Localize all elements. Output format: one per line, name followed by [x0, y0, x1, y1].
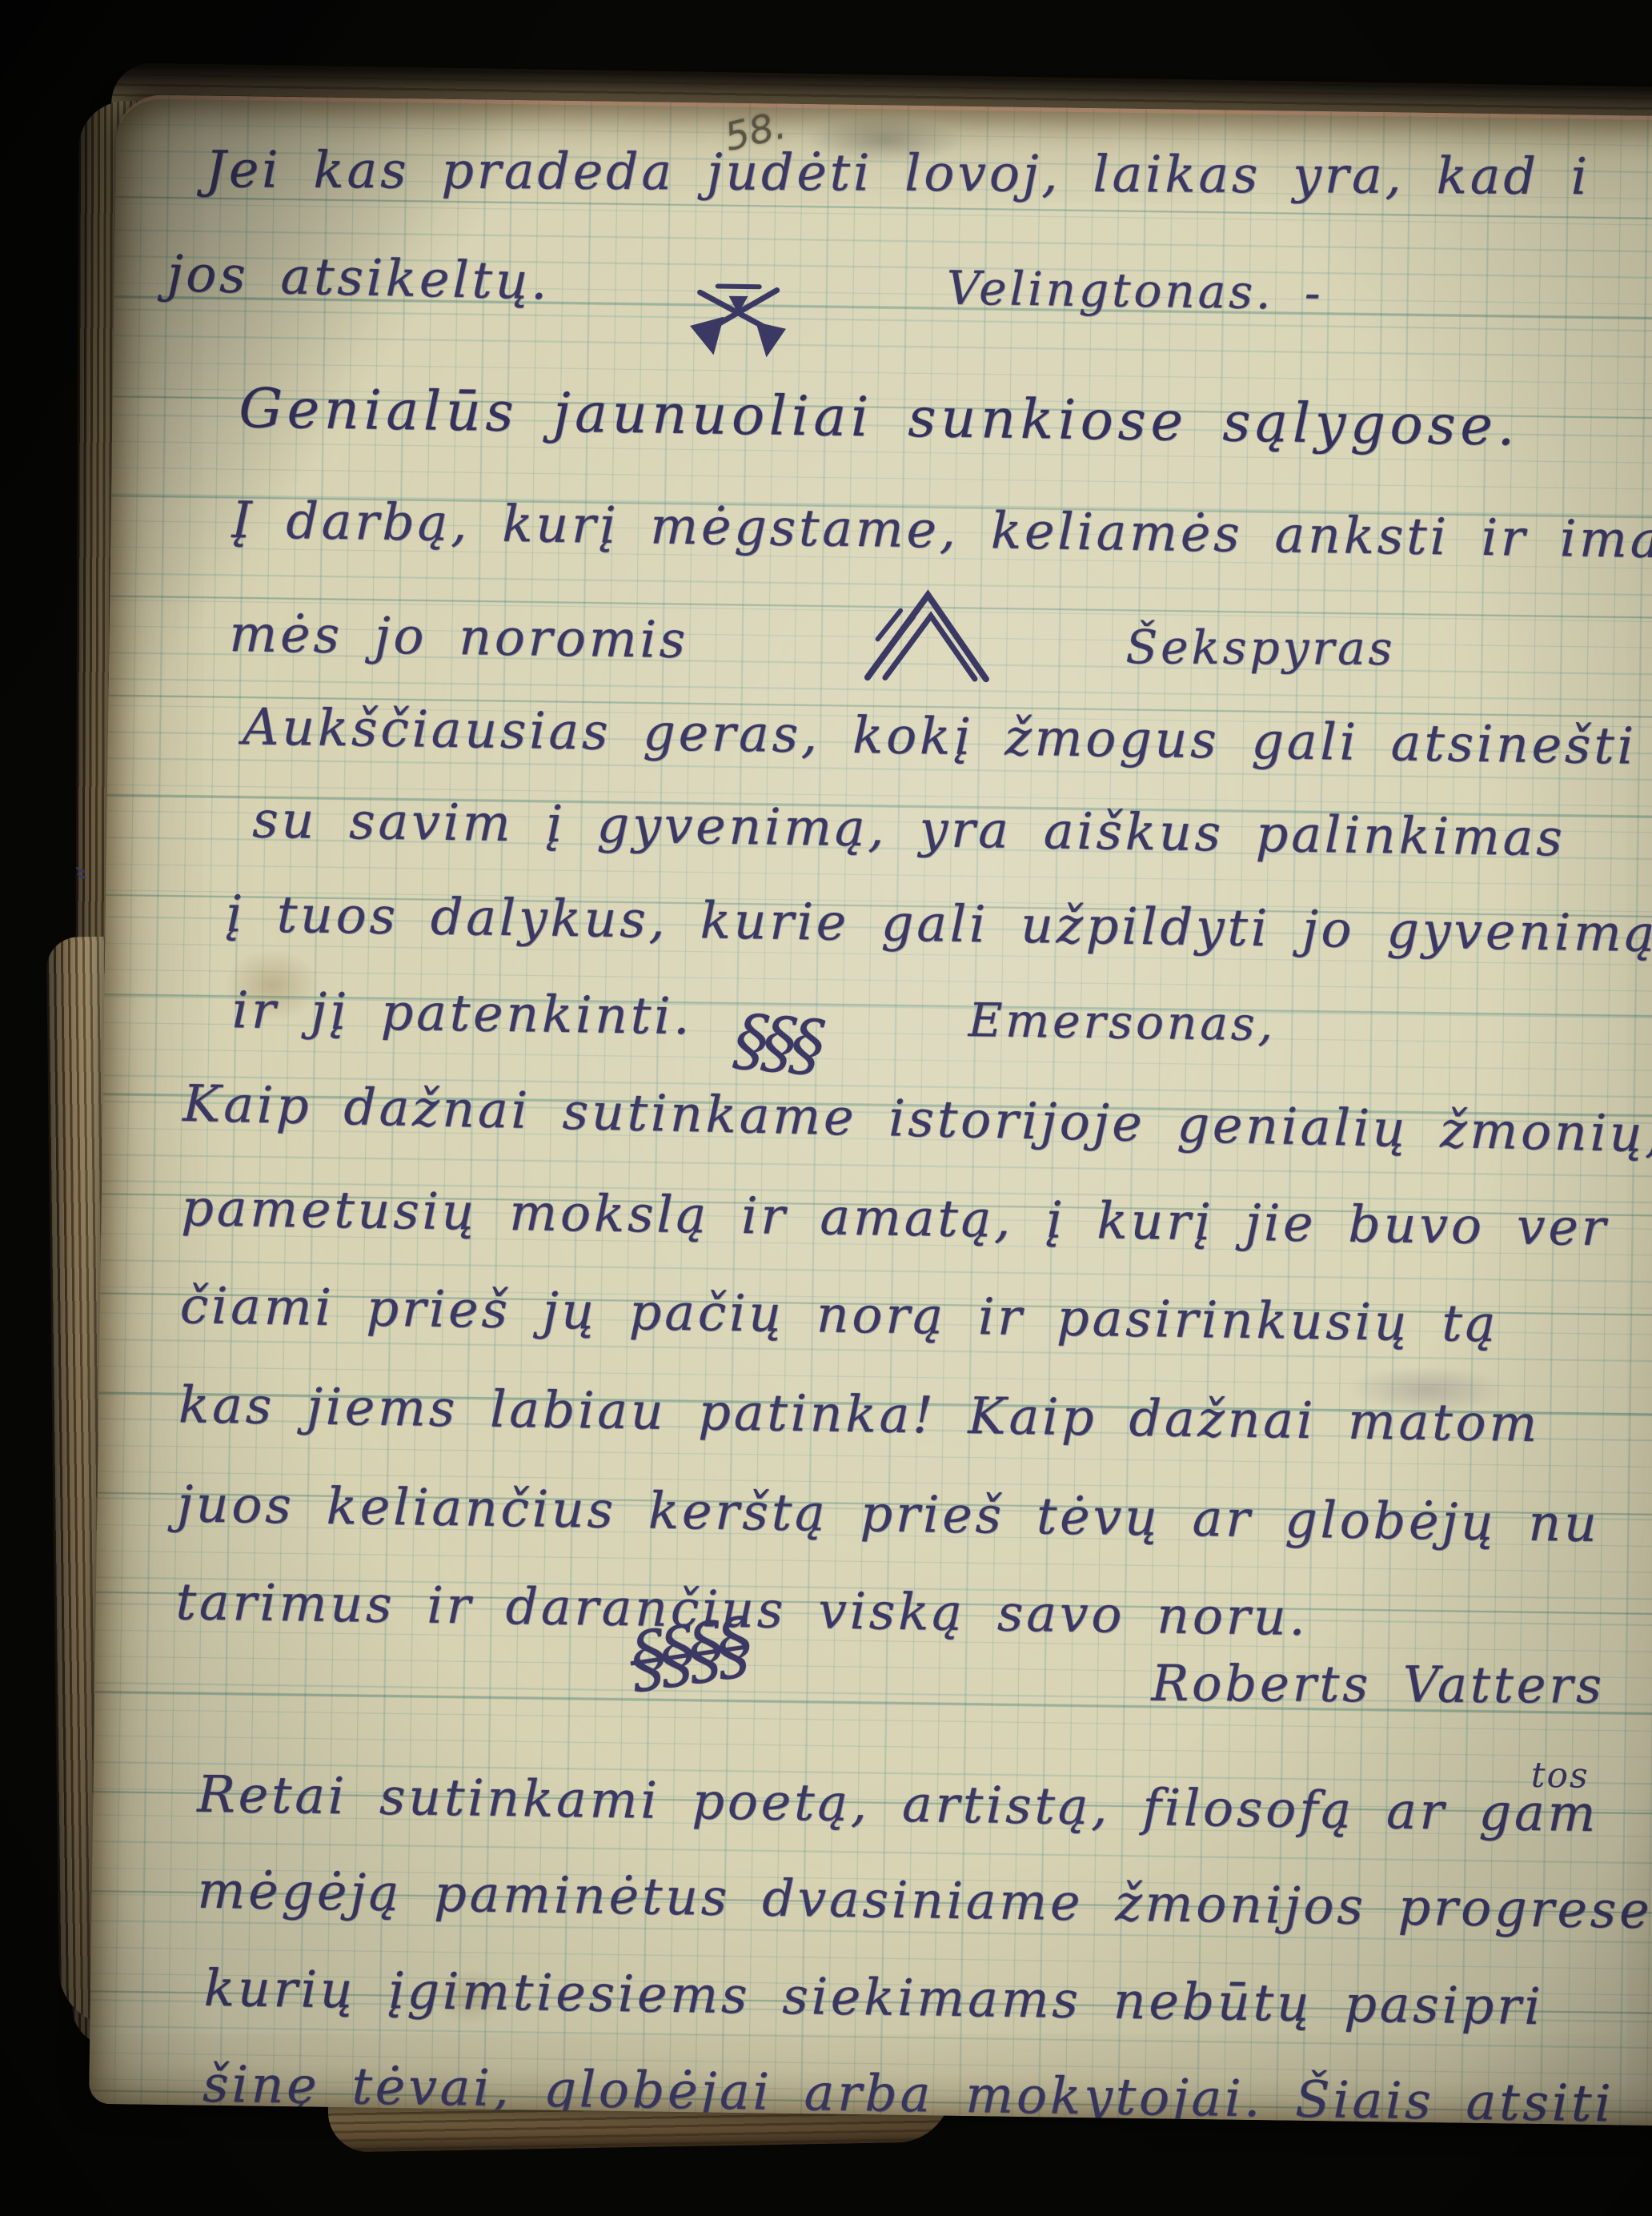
scanned-notebook-photo: { "meta": { "document_type": "handwritte…	[0, 0, 1652, 2216]
handwritten-line-19: šinę tėvai, globėjai arba mokytojai. Šia…	[202, 2058, 1614, 2126]
handwritten-line-10: Kaip dažnai sutinkame istorijoje geniali…	[182, 1078, 1652, 1162]
attribution-emerson: Emersonas,	[968, 996, 1277, 1049]
handwritten-line-8: į tuos dalykus, kurie gali užpildyti jo …	[225, 888, 1652, 961]
handwritten-line-1: Jei kas pradeda judėti lovoj, laikas yra…	[206, 143, 1591, 203]
handwritten-line-14: juos keliančius kerštą prieš tėvų ar glo…	[177, 1478, 1600, 1551]
handwritten-line-9: ir jį patenkinti.	[232, 984, 693, 1043]
notebook-page: 58. Jei kas pradeda judėti lovoj, laikas…	[89, 94, 1652, 2126]
handwritten-line-16: Retai sutinkami poetą, artistą, filosofą…	[197, 1768, 1599, 1841]
triple-s-flourish: §§§	[732, 999, 822, 1086]
attribution-wellington: Velingtonas. -	[946, 264, 1324, 318]
handwritten-line-12: čiami prieš jų pačių norą ir pasirinkusi…	[179, 1279, 1498, 1351]
attribution-walters: Roberts Vatters	[1151, 1657, 1605, 1712]
handwritten-line-11: pametusių mokslą ir amatą, į kurį jie bu…	[181, 1182, 1609, 1255]
handwritten-line-18: kurių įgimtiesiems siekimams nebūtų pasi…	[204, 1962, 1544, 2034]
chevron-flourish	[853, 583, 1007, 689]
handwritten-line-2: jos atsikeltų.	[166, 247, 551, 308]
handwritten-line-6: Aukščiausias geras, kokį žmogus gali ats…	[243, 701, 1638, 773]
bowtie-flourish	[681, 281, 794, 363]
handwritten-line-17: mėgėją paminėtus dvasiniame žmonijos pro…	[197, 1865, 1652, 1938]
handwritten-line-5: mės jo noromis	[229, 608, 689, 667]
attribution-shakespeare: Šekspyras	[1125, 623, 1395, 673]
handwritten-line-13: kas jiems labiau patinka! Kaip dažnai ma…	[178, 1379, 1541, 1451]
handwritten-heading: Genialūs jaunuoliai sunkiose sąlygose.	[239, 380, 1520, 456]
handwritten-line-4: Į darbą, kurį mėgstame, keliamės anksti …	[231, 494, 1652, 567]
handwritten-line-7: su savim į gyvenimą, yra aiškus palinkim…	[252, 793, 1566, 865]
line16-superscript: tos	[1531, 1755, 1590, 1796]
quad-s-flourish: §§§§	[624, 1602, 751, 1703]
